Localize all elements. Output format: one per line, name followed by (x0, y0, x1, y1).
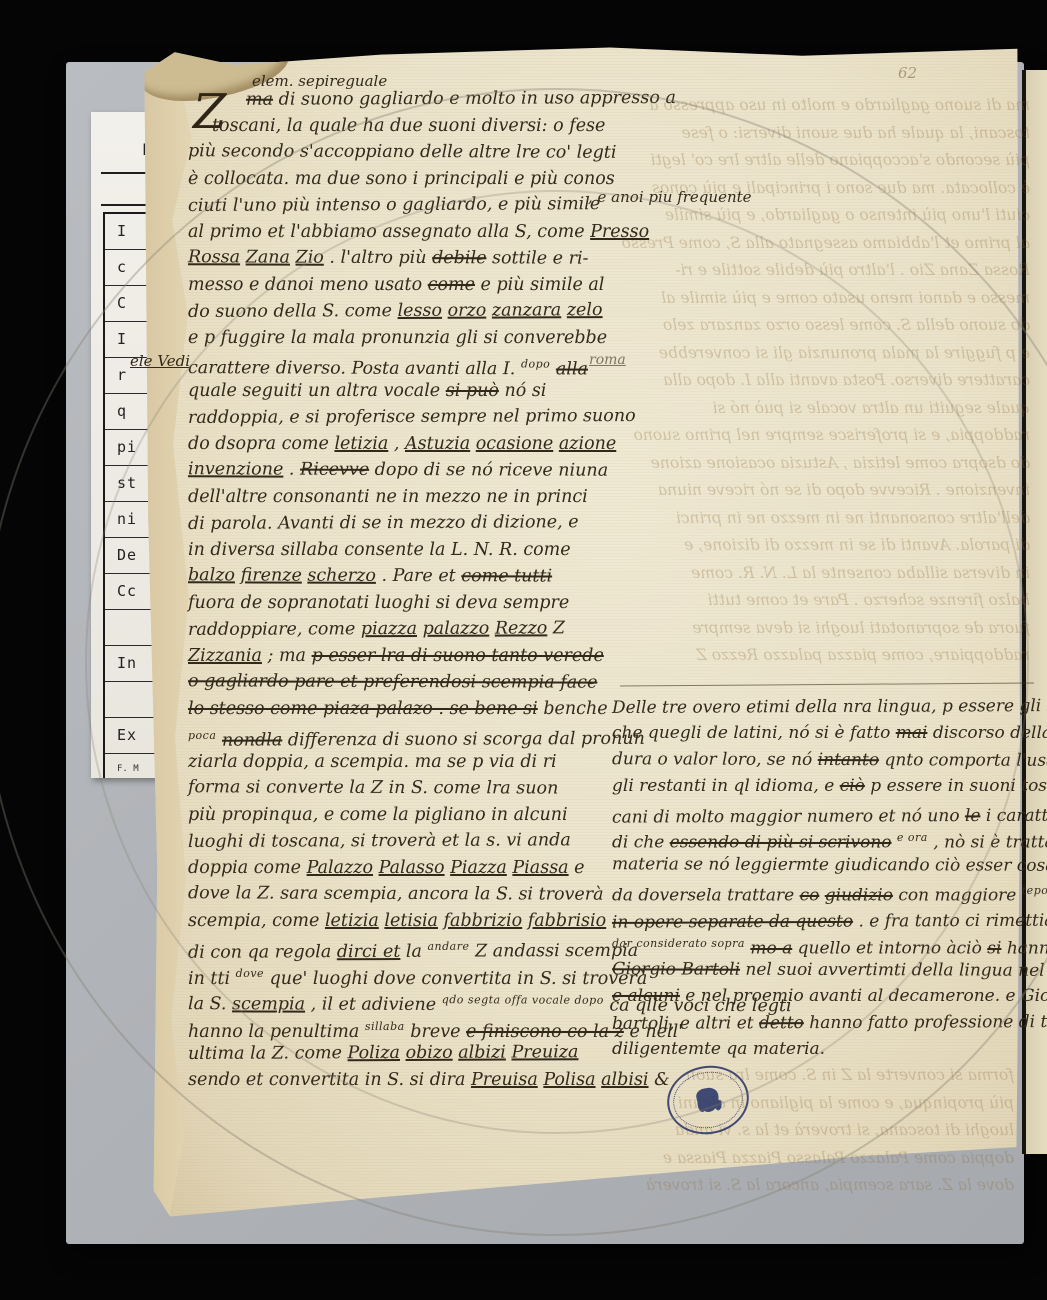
manuscript-line: è collocata. ma due sono i principali e … (188, 166, 618, 193)
manuscript-line: diligentemte qa materia. (612, 1036, 1036, 1062)
margin-note-frequente: , e anoi piu frequente (588, 188, 752, 206)
manuscript-line: ziarla doppia, a scempia. ma se p via di… (188, 749, 618, 776)
manuscript-line: doppia come Palazzo Palasso Piazza Piass… (188, 855, 618, 882)
manuscript-line: dove la Z. sara scempia, ancora la S. si… (188, 880, 618, 908)
manuscript-line: materia se nó leggiermte giudicando ciò … (612, 851, 1036, 879)
manuscript-line: Giorgio Bartoli nel suoi avvertimti dell… (612, 956, 1036, 984)
manuscript-line: in diversa sillaba consente la L. N. R. … (188, 537, 618, 564)
manuscript-line: carattere diverso. Posta avanti alla I. … (188, 350, 618, 378)
manuscript-line: do dsopra come letizia , Astuzia ocasion… (188, 431, 618, 458)
manuscript-line: che quegli de latini, nó si è fatto mai … (612, 720, 1036, 746)
manuscript-line: più propinqua, e come la pigliano in alc… (188, 802, 618, 829)
manuscript-line: di con qa regola dirci et la andare Z an… (188, 933, 618, 961)
manuscript-line: la S. scempia , il et adiviene qdo segta… (188, 986, 618, 1014)
manuscript-line: invenzione . Ricevve dopo di se nó ricev… (188, 456, 618, 484)
manuscript-line: sendo et convertita in S. si dira Preuis… (188, 1067, 618, 1094)
catalog-card-footer: F. M (117, 764, 139, 774)
manuscript-line: poca nondla differenza di suono si scorg… (188, 721, 618, 749)
manuscript-line: lo stesso come piaza palazo . se bene si… (188, 696, 618, 723)
manuscript-line: al primo et l'abbiamo assegnato alla S, … (188, 219, 618, 246)
manuscript-line: scempia, come letizia letisia fabbrizio … (188, 908, 618, 935)
manuscript-line: forma si converte la Z in S. come lra su… (188, 774, 618, 802)
manuscript-line: più secondo s'accoppiano delle altre lre… (188, 138, 618, 166)
manuscript-line: hanno la penultima sillaba breve e finis… (188, 1014, 618, 1041)
manuscript-line: ma di suono gagliardo e molto in uso app… (246, 85, 618, 113)
manuscript-line: in opere separate da questo . e fra tant… (612, 903, 1036, 931)
manuscript-line: Rossa Zana Zio . l'altro più debile sott… (188, 244, 618, 272)
manuscript-line: ultima la Z. come Poliza obizo albizi Pr… (188, 1039, 618, 1067)
manuscript-photo: M IcCIrqpistniDeCcInEx F. M ma di suono … (0, 0, 1047, 1300)
manuscript-line: toscani, la quale ha due suoni diversi: … (212, 113, 618, 140)
manuscript-line: di che essendo di più si scrivono e ora … (612, 825, 1036, 851)
manuscript-line: di parola. Avanti di se in mezzo di dizi… (188, 509, 618, 537)
folio-number: 62 (898, 64, 917, 82)
manuscript-line: messo e danoi meno usato come e più simi… (188, 272, 618, 299)
manuscript-line: da doversela trattare co giudizio con ma… (612, 878, 1036, 904)
left-text-column: ma di suono gagliardo e molto in uso app… (188, 86, 618, 1093)
library-stamp (662, 1059, 755, 1140)
manuscript-line: o gagliardo pare et preferendosi scempia… (188, 668, 618, 696)
manuscript-line: dell'altre consonanti ne in mezzo ne in … (188, 484, 618, 511)
manuscript-line: in tti dove que' luoghi dove convertita … (188, 961, 618, 988)
manuscript-line: gli restanti in ql idioma, e ciò p esser… (612, 773, 1036, 799)
manuscript-line: raddoppiare, come piazza palazzo Rezzo Z (188, 615, 618, 643)
manuscript-line: e p fuggire la mala pronunzia gli si con… (188, 325, 618, 352)
margin-note-roma: roma (589, 352, 626, 368)
manuscript-line: e alcuni e nel proemio avanti al decamer… (612, 983, 1036, 1009)
manuscript-line: Delle tre overo etimi della nra lingua, … (612, 693, 1036, 721)
margin-note-vedi: ele Vedi (130, 352, 190, 370)
right-text-column: Delle tre overo etimi della nra lingua, … (612, 694, 1036, 1062)
manuscript-line: balzo firenze scherzo . Pare et come tut… (188, 562, 618, 590)
manuscript-line: fuora de sopranotati luoghi si deva semp… (188, 590, 618, 617)
manuscript-line: quale seguiti un altra vocale si può nó … (188, 378, 618, 405)
manuscript-line: raddoppia, e si proferisce sempre nel pr… (188, 403, 618, 431)
manuscript-line: dura o valor loro, se nó intanto qnto co… (612, 746, 1036, 774)
manuscript-line: cani di molto maggior numero et nó uno l… (612, 798, 1036, 826)
manuscript-line: bartoli, e altri et detto hanno fatto pr… (612, 1009, 1036, 1037)
manuscript-line: dar considerato sopra mo a quello et int… (612, 931, 1036, 957)
manuscript-line: luoghi di toscana, si troverà et la s. v… (188, 827, 618, 855)
manuscript-line: ciuti l'uno più intenso o gagliardo, e p… (188, 191, 618, 219)
manuscript-line: Zizzania ; ma p esser lra di suono tanto… (188, 643, 618, 670)
manuscript-line: do suono della S. come lesso orzo zanzar… (188, 297, 618, 325)
